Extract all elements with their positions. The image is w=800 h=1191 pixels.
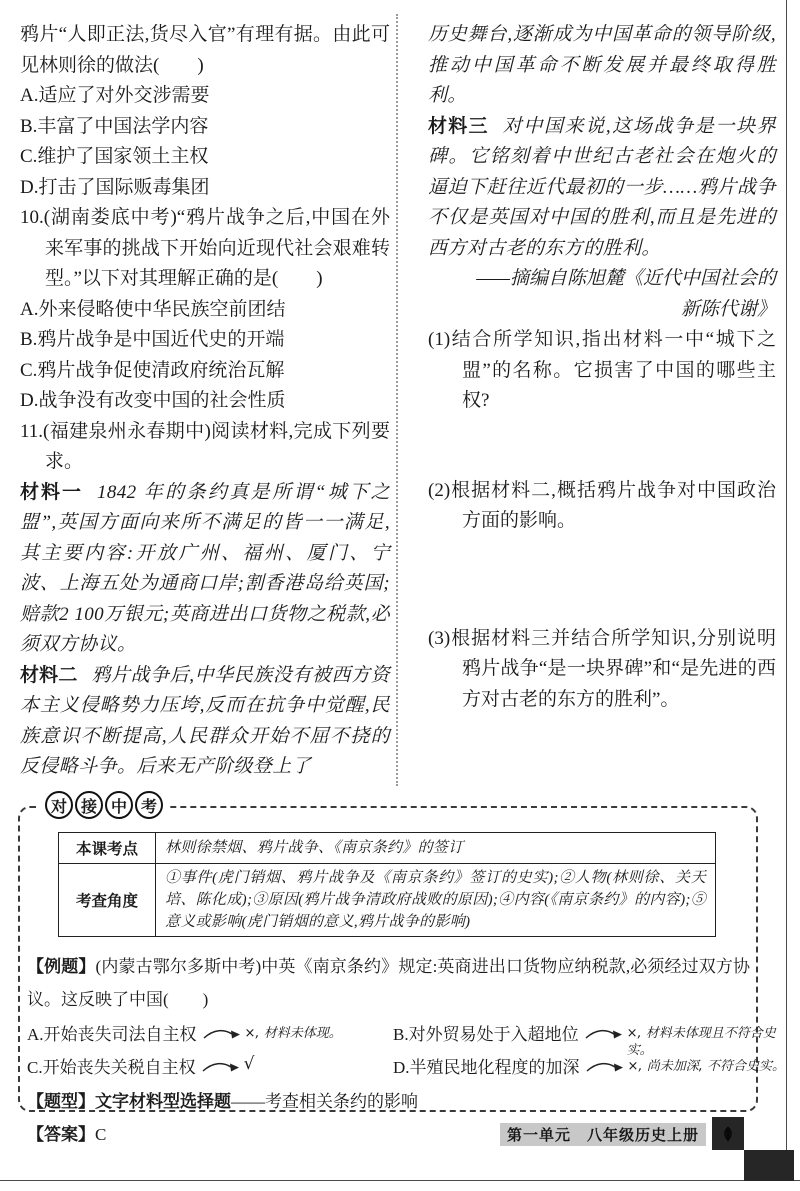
option-line: A.适应了对外交涉需要 bbox=[20, 81, 390, 112]
circled-char: 接 bbox=[75, 791, 103, 819]
sub-question-number: (2) bbox=[428, 480, 450, 501]
handwritten-check: √ bbox=[244, 1056, 255, 1073]
option-line: C.鸦片战争促使清政府统治瓦解 bbox=[20, 356, 390, 387]
circled-char: 对 bbox=[45, 791, 73, 819]
exam-link-box: 对 接 中 考 本课考点 林则徐禁烟、鸦片战争、《南京条约》的签订 考查角度 ①… bbox=[18, 806, 758, 1112]
handwritten-note: ×, 材料未体现。 bbox=[245, 1025, 342, 1042]
leaf-icon bbox=[721, 1126, 735, 1142]
material-3: 材料三对中国来说,这场战争是一块界碑。它铭刻着中世纪古老社会在炮火的逼迫下赶往近… bbox=[428, 112, 776, 265]
example-option-a: A.开始丧失司法自主权 ×, 材料未体现。 bbox=[27, 1018, 342, 1051]
option-line: B.丰富了中国法学内容 bbox=[20, 112, 390, 143]
material-1: 材料一1842 年的条约真是所谓“城下之盟”,英国方面向来所不满足的皆一一满足,… bbox=[20, 478, 390, 661]
option-line: D.战争没有改变中国的社会性质 bbox=[20, 386, 390, 417]
answer-space bbox=[428, 417, 776, 476]
material-2: 材料二鸦片战争后,中华民族没有被西方资本主义侵略势力压垮,反而在抗争中觉醒,民族… bbox=[20, 661, 390, 783]
material-2-continuation: 历史舞台,逐渐成为中国革命的领导阶级,推动中国革命不断发展并最终取得胜利。 bbox=[428, 20, 776, 112]
footer-corner-block bbox=[712, 1117, 744, 1150]
annotation-arrow-icon bbox=[584, 1027, 622, 1041]
sub-question-3: (3)根据材料三并结合所学知识,分别说明鸦片战争“是一块界碑”和“是先进的西方对… bbox=[428, 624, 776, 716]
row-header: 本课考点 bbox=[59, 833, 156, 864]
sub-question-2: (2)根据材料二,概括鸦片战争对中国政治方面的影响。 bbox=[428, 476, 776, 537]
question-number: 11. bbox=[20, 421, 43, 442]
column-divider bbox=[396, 14, 398, 786]
answer-space bbox=[428, 537, 776, 624]
page-edge-bottom bbox=[0, 1180, 800, 1181]
question-stem: (湖南娄底中考)“鸦片战争之后,中国在外来军事的挑战下开始向近现代社会艰难转型。… bbox=[44, 207, 390, 289]
key-points-table: 本课考点 林则徐禁烟、鸦片战争、《南京条约》的签订 考查角度 ①事件(虎门销烟、… bbox=[58, 832, 716, 937]
attribution: 新陈代谢》 bbox=[428, 295, 776, 326]
page-edge-right bbox=[786, 0, 787, 1180]
table-row: 本课考点 林则徐禁烟、鸦片战争、《南京条约》的签订 bbox=[59, 833, 716, 864]
circled-char: 中 bbox=[105, 791, 133, 819]
annotation-arrow-icon bbox=[201, 1060, 239, 1074]
sub-question-number: (1) bbox=[428, 329, 450, 350]
attribution: ——摘编自陈旭麓《近代中国社会的 bbox=[428, 264, 776, 295]
circled-char: 考 bbox=[135, 791, 163, 819]
box-title: 对 接 中 考 bbox=[38, 791, 170, 819]
option-line: A.外来侵略使中华民族空前团结 bbox=[20, 295, 390, 326]
row-content: 林则徐禁烟、鸦片战争、《南京条约》的签订 bbox=[156, 833, 716, 864]
material-label: 材料二 bbox=[20, 665, 91, 686]
question-stem: (福建泉州永春期中)阅读材料,完成下列要求。 bbox=[43, 421, 390, 473]
example-option-c: C.开始丧失关税自主权 √ bbox=[27, 1051, 254, 1084]
footer-unit-label: 第一单元 八年级历史上册 bbox=[500, 1123, 706, 1146]
right-column: 历史舞台,逐渐成为中国革命的领导阶级,推动中国革命不断发展并最终取得胜利。 材料… bbox=[428, 20, 776, 715]
example-option-d: D.半殖民地化程度的加深 ×, 尚未加深, 不符合史实。 bbox=[393, 1051, 790, 1084]
annotation-arrow-icon bbox=[585, 1060, 623, 1074]
handwritten-note: ×, 尚未加深, 不符合史实。 bbox=[628, 1058, 790, 1075]
footer-corner-block bbox=[744, 1150, 794, 1181]
workbook-page: 鸦片“人即正法,货尽入官”有理有据。由此可见林则徐的做法( ) A.适应了对外交… bbox=[0, 0, 800, 1191]
material-label: 材料三 bbox=[428, 116, 503, 137]
example-options: A.开始丧失司法自主权 ×, 材料未体现。 B.对外贸易处于入超地位 ×, 材料… bbox=[27, 1018, 750, 1084]
example-question: 【例题】(内蒙古鄂尔多斯中考)中英《南京条约》规定:英商进出口货物应纳税款,必须… bbox=[27, 950, 750, 1016]
option-line: D.打击了国际贩毒集团 bbox=[20, 173, 390, 204]
option-line: C.维护了国家领土主权 bbox=[20, 142, 390, 173]
sub-question-number: (3) bbox=[428, 628, 450, 649]
question-number: 10. bbox=[20, 207, 44, 228]
question-11: 11.(福建泉州永春期中)阅读材料,完成下列要求。 bbox=[20, 417, 390, 478]
material-label: 材料一 bbox=[20, 482, 97, 503]
question-9-tail: 鸦片“人即正法,货尽入官”有理有据。由此可见林则徐的做法( ) bbox=[20, 20, 390, 81]
question-type-line: 【题型】文字材料型选择题——考查相关条约的影响 bbox=[27, 1085, 750, 1118]
left-column: 鸦片“人即正法,货尽入官”有理有据。由此可见林则徐的做法( ) A.适应了对外交… bbox=[20, 20, 390, 783]
option-line: B.鸦片战争是中国近代史的开端 bbox=[20, 325, 390, 356]
table-row: 考查角度 ①事件(虎门销烟、鸦片战争及《南京条约》签订的史实);②人物(林则徐、… bbox=[59, 864, 716, 937]
example-label: 【例题】 bbox=[27, 957, 96, 976]
example-text: (内蒙古鄂尔多斯中考)中英《南京条约》规定:英商进出口货物应纳税款,必须经过双方… bbox=[27, 957, 750, 1009]
question-10: 10.(湖南娄底中考)“鸦片战争之后,中国在外来军事的挑战下开始向近现代社会艰难… bbox=[20, 203, 390, 295]
row-header: 考查角度 bbox=[59, 864, 156, 937]
annotation-arrow-icon bbox=[202, 1027, 240, 1041]
sub-question-1: (1)结合所学知识,指出材料一中“城下之盟”的名称。它损害了中国的哪些主权? bbox=[428, 325, 776, 417]
row-content: ①事件(虎门销烟、鸦片战争及《南京条约》签订的史实);②人物(林则徐、关天培、陈… bbox=[156, 864, 716, 937]
material-text: 1842 年的条约真是所谓“城下之盟”,英国方面向来所不满足的皆一一满足,其主要… bbox=[20, 482, 390, 656]
